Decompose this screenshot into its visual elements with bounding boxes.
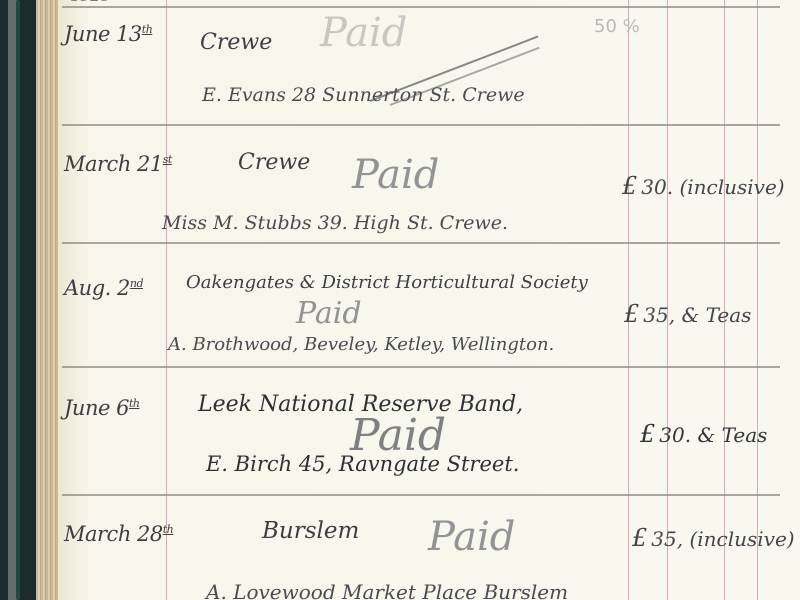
money-column-rule	[757, 0, 758, 600]
entry-date: June 13th	[64, 22, 152, 46]
entry-date: March 21st	[64, 152, 172, 176]
entry-fee: 50 %	[594, 16, 640, 37]
entry-divider	[62, 242, 780, 244]
paid-mark: Paid	[320, 10, 407, 56]
page-edges	[36, 0, 58, 600]
pound-sign: £	[640, 420, 655, 448]
entry-fee: £35, & Teas	[624, 300, 751, 328]
paid-mark: Paid	[296, 296, 362, 331]
entry-place: Crewe	[238, 150, 310, 175]
entry-contact: A. Lovewood Market Place Burslem	[206, 580, 568, 600]
entry-place: Oakengates & District Horticultural Soci…	[186, 272, 588, 293]
entry-contact: E. Evans 28 Sunnerton St. Crewe	[202, 84, 525, 106]
entry-place: Crewe	[200, 30, 272, 55]
entry-fee: £30. (inclusive)	[622, 172, 785, 200]
entry-divider	[62, 494, 780, 496]
entry-place: Burslem	[262, 518, 359, 544]
binding-thread	[16, 0, 20, 600]
entry-date: Aug. 2nd	[64, 276, 143, 300]
entry-divider	[62, 366, 780, 368]
entry-date: June 6th	[64, 396, 139, 420]
entry-fee: £30. & Teas	[640, 420, 767, 448]
pound-sign: £	[632, 524, 647, 552]
top-fragment: 1925 "	[70, 0, 123, 5]
entry-fee: £35, (inclusive)	[632, 524, 795, 552]
paid-mark: Paid	[428, 514, 515, 560]
entry-divider	[62, 6, 780, 8]
pound-sign: £	[624, 300, 639, 328]
paid-mark: Paid	[352, 152, 439, 198]
entry-contact: A. Brothwood, Beveley, Ketley, Wellingto…	[168, 334, 554, 355]
entry-date: March 28th	[64, 522, 173, 546]
entry-divider	[62, 124, 780, 126]
margin-rule	[166, 0, 167, 600]
entry-contact: Miss M. Stubbs 39. High St. Crewe.	[162, 212, 508, 234]
entry-contact: E. Birch 45, Ravngate Street.	[206, 452, 519, 476]
pound-sign: £	[622, 172, 637, 200]
